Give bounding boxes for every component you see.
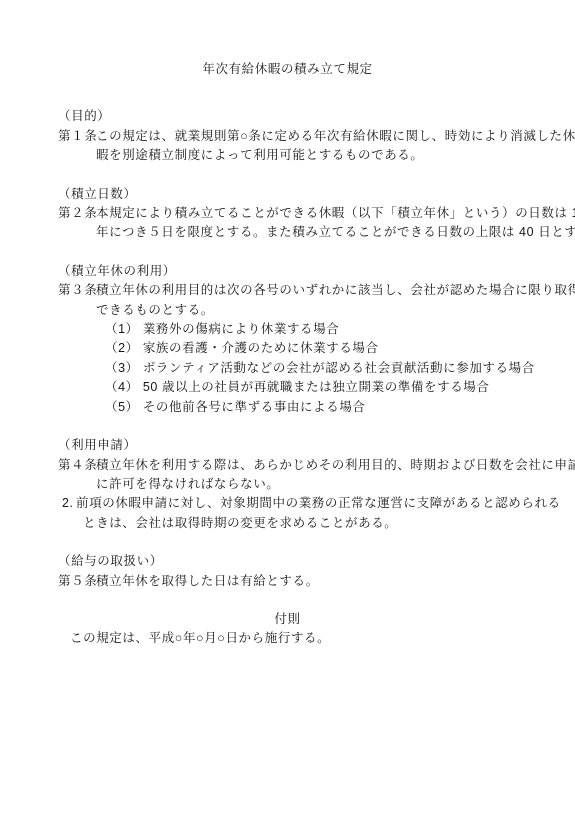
article-label: 第２条 xyxy=(58,204,96,243)
appendix-line: この規定は、平成○年○月○日から施行する。 xyxy=(70,629,547,648)
section-heading: （積立日数） xyxy=(58,185,547,204)
section-usage: （積立年休の利用） 第３条 積立年休の利用目的は次の各号のいずれかに該当し、会社… xyxy=(58,262,547,417)
section-heading: （利用申請） xyxy=(58,436,547,455)
paragraph-line: 前項の休暇申請に対し、対象期間中の業務の正常な運営に支障があると認められる xyxy=(76,494,547,513)
section-pay-treatment: （給与の取扱い） 第５条 積立年休を取得した日は有給とする。 xyxy=(58,552,547,591)
appendix: 付則 この規定は、平成○年○月○日から施行する。 xyxy=(58,610,547,649)
article-label: 第４条 xyxy=(58,456,96,495)
section-accrual-days: （積立日数） 第２条 本規定により積み立てることができる休暇（以下「積立年休」と… xyxy=(58,185,547,243)
article-label: 第１条 xyxy=(58,127,96,166)
article-line: 暇を別途積立制度によって利用可能とするものである。 xyxy=(96,146,547,165)
article-4-paragraph-2: 2. 前項の休暇申請に対し、対象期間中の業務の正常な運営に支障があると認められる… xyxy=(62,494,547,533)
article-5: 第５条 積立年休を取得した日は有給とする。 xyxy=(58,572,547,591)
article-3: 第３条 積立年休の利用目的は次の各号のいずれかに該当し、会社が認めた場合に限り取… xyxy=(58,281,547,320)
usage-case-list: （1） 業務外の傷病により休業する場合 （2） 家族の看護・介護のために休業する… xyxy=(105,320,547,417)
appendix-heading: 付則 xyxy=(0,610,575,629)
article-line: この規定は、就業規則第○条に定める年次有給休暇に関し、時効により消滅した休 xyxy=(96,127,547,146)
list-item: （3） ボランティア活動などの会社が認める社会貢献活動に参加する場合 xyxy=(105,359,547,378)
article-line: 積立年休を利用する際は、あらかじめその利用目的、時期および日数を会社に申請 xyxy=(96,456,547,475)
paragraph-body: 前項の休暇申請に対し、対象期間中の業務の正常な運営に支障があると認められる とき… xyxy=(76,494,547,533)
article-line: 積立年休の利用目的は次の各号のいずれかに該当し、会社が認めた場合に限り取得 xyxy=(96,281,547,300)
article-label: 第３条 xyxy=(58,281,96,320)
paragraph-line: ときは、会社は取得時期の変更を求めることがある。 xyxy=(83,514,547,533)
section-heading: （給与の取扱い） xyxy=(58,552,547,571)
article-label: 第５条 xyxy=(58,572,96,591)
list-item: （5） その他前各号に準ずる事由による場合 xyxy=(105,398,547,417)
list-item: （1） 業務外の傷病により休業する場合 xyxy=(105,320,547,339)
article-1: 第１条 この規定は、就業規則第○条に定める年次有給休暇に関し、時効により消滅した… xyxy=(58,127,547,166)
article-line: 年につき５日を限度とする。また積み立てることができる日数の上限は 40 日とする… xyxy=(96,223,547,242)
article-line: に許可を得なければならない。 xyxy=(96,475,547,494)
document-page: 年次有給休暇の積み立て規定 （目的） 第１条 この規定は、就業規則第○条に定める… xyxy=(0,0,575,832)
article-body: 積立年休を取得した日は有給とする。 xyxy=(96,572,547,591)
article-body: 積立年休を利用する際は、あらかじめその利用目的、時期および日数を会社に申請 に許… xyxy=(96,456,547,495)
article-body: 積立年休の利用目的は次の各号のいずれかに該当し、会社が認めた場合に限り取得 でき… xyxy=(96,281,547,320)
article-line: 本規定により積み立てることができる休暇（以下「積立年休」という）の日数は 1 xyxy=(96,204,547,223)
article-4: 第４条 積立年休を利用する際は、あらかじめその利用目的、時期および日数を会社に申… xyxy=(58,456,547,495)
section-purpose: （目的） 第１条 この規定は、就業規則第○条に定める年次有給休暇に関し、時効によ… xyxy=(58,107,547,165)
article-line: 積立年休を取得した日は有給とする。 xyxy=(96,572,547,591)
list-item: （4） 50 歳以上の社員が再就職または独立開業の準備をする場合 xyxy=(105,378,547,397)
paragraph-number: 2. xyxy=(62,494,76,533)
article-body: この規定は、就業規則第○条に定める年次有給休暇に関し、時効により消滅した休 暇を… xyxy=(96,127,547,166)
list-item: （2） 家族の看護・介護のために休業する場合 xyxy=(105,339,547,358)
section-heading: （積立年休の利用） xyxy=(58,262,547,281)
document-title: 年次有給休暇の積み立て規定 xyxy=(0,60,575,79)
section-heading: （目的） xyxy=(58,107,547,126)
article-2: 第２条 本規定により積み立てることができる休暇（以下「積立年休」という）の日数は… xyxy=(58,204,547,243)
article-line: できるものとする。 xyxy=(96,301,547,320)
article-body: 本規定により積み立てることができる休暇（以下「積立年休」という）の日数は 1 年… xyxy=(96,204,547,243)
section-application: （利用申請） 第４条 積立年休を利用する際は、あらかじめその利用目的、時期および… xyxy=(58,436,547,533)
